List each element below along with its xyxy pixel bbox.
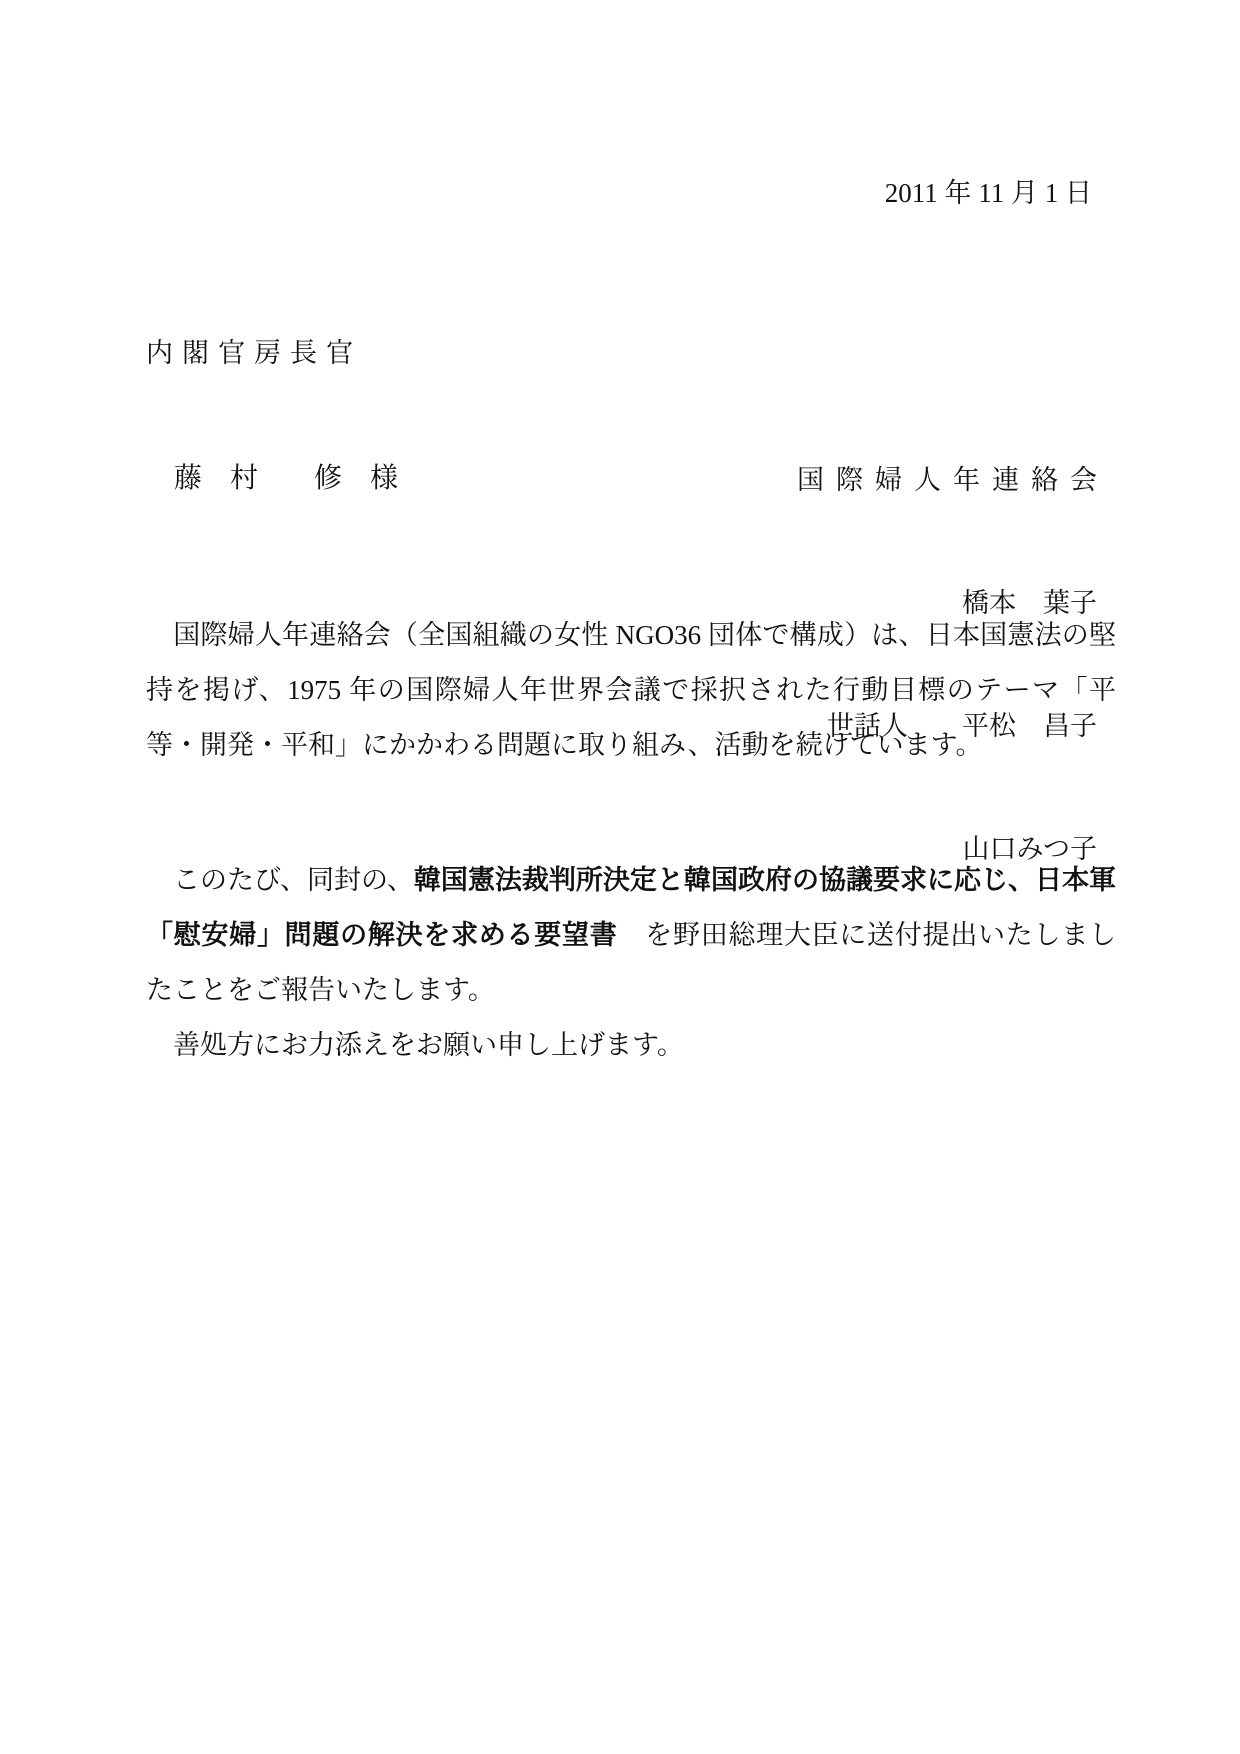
paragraph-intro: 国際婦人年連絡会（全国組織の女性 NGO36 団体で構成）は、日本国憲法の堅持を… <box>146 608 1116 773</box>
addressee-name: 藤 村 修 様 <box>146 458 398 500</box>
addressee-title: 内閣官房長官 <box>146 332 398 374</box>
letter-page: 2011 年 11 月 1 日 内閣官房長官 藤 村 修 様 国際婦人年連絡会 … <box>0 0 1240 1754</box>
paragraph-closing: 善処方にお力添えをお願い申し上げます。 <box>146 1018 1116 1073</box>
paragraph-report: このたび、同封の、韓国憲法裁判所決定と韓国政府の協議要求に応じ、日本軍「慰安婦」… <box>146 853 1116 1018</box>
paragraph-report-lead: このたび、同封の、 <box>146 865 414 895</box>
letter-date: 2011 年 11 月 1 日 <box>885 176 1092 210</box>
addressee-block: 内閣官房長官 藤 村 修 様 <box>146 248 398 584</box>
sender-organization: 国際婦人年連絡会 <box>797 460 1109 501</box>
letter-body: 国際婦人年連絡会（全国組織の女性 NGO36 団体で構成）は、日本国憲法の堅持を… <box>146 608 1116 1073</box>
